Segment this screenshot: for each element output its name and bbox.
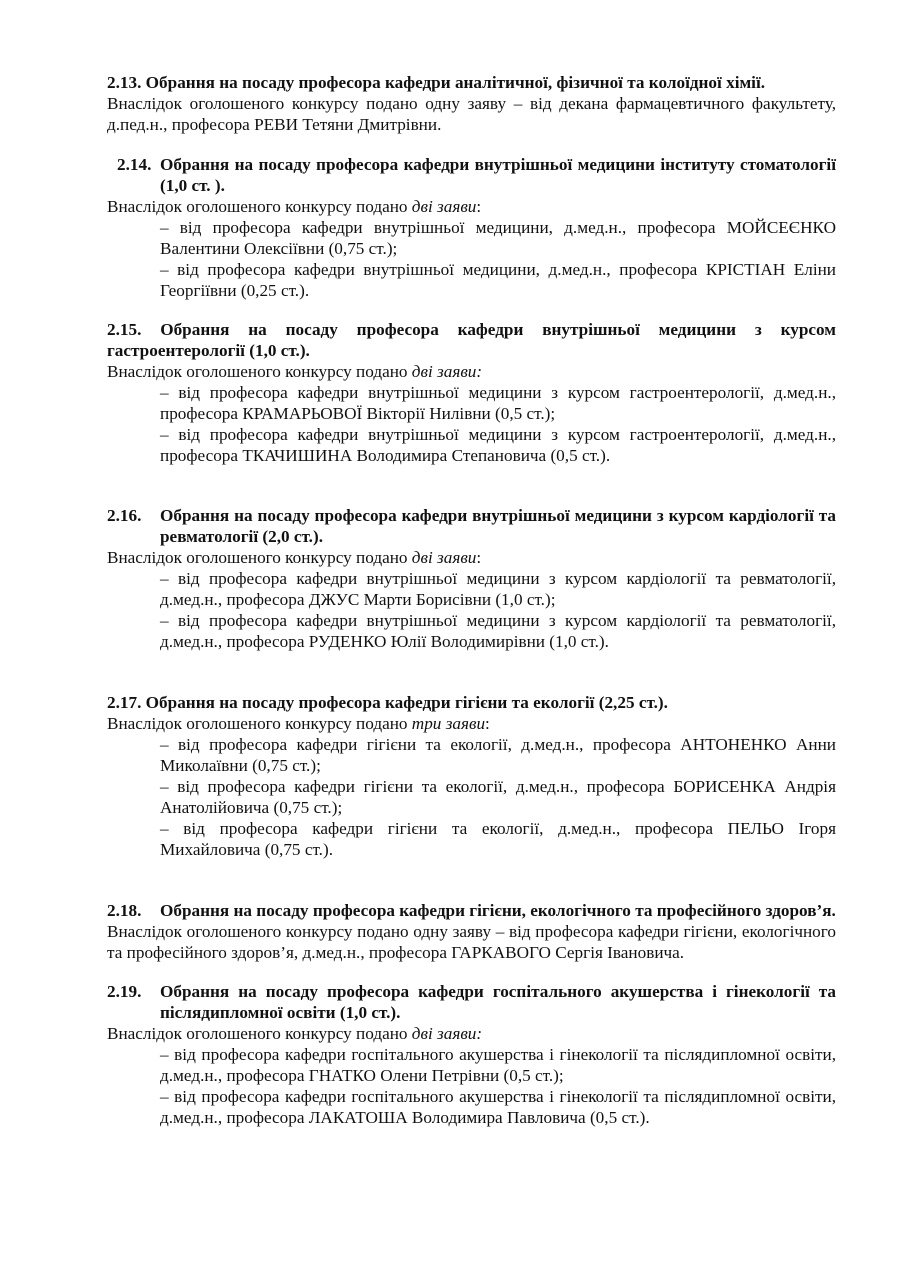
intro-emphasis: дві заяви xyxy=(412,548,477,567)
intro-text: Внаслідок оголошеного конкурсу подано xyxy=(107,714,412,733)
application-list: – від професора кафедри внутрішньої меди… xyxy=(107,217,836,301)
section-number: 2.14. xyxy=(117,154,151,175)
section-number: 2.17. xyxy=(107,692,141,713)
application-item: – від професора кафедри внутрішньої меди… xyxy=(160,217,836,259)
application-list: – від професора кафедри гігієни та еколо… xyxy=(107,734,836,860)
section-heading: 2.18.Обрання на посаду професора кафедри… xyxy=(107,900,836,921)
section-title: Обрання на посаду професора кафедри внут… xyxy=(160,155,836,195)
application-list: – від професора кафедри внутрішньої меди… xyxy=(107,382,836,466)
section-intro: Внаслідок оголошеного конкурсу подано дв… xyxy=(107,547,836,568)
section-heading: 2.19.Обрання на посаду професора кафедри… xyxy=(107,981,836,1023)
section-intro: Внаслідок оголошеного конкурсу подано дв… xyxy=(107,196,836,217)
section-number: 2.13. xyxy=(107,72,141,93)
application-item: – від професора кафедри госпітального ак… xyxy=(160,1044,836,1086)
section-heading: 2.17. Обрання на посаду професора кафедр… xyxy=(107,692,836,713)
section-heading: 2.14.Обрання на посаду професора кафедри… xyxy=(107,154,836,196)
intro-text: Внаслідок оголошеного конкурсу подано xyxy=(107,548,412,567)
intro-emphasis: три заяви xyxy=(412,714,485,733)
section-heading: 2.15. Обрання на посаду професора кафедр… xyxy=(107,319,836,361)
section-title: Обрання на посаду професора кафедри внут… xyxy=(160,506,836,546)
section-number: 2.18. xyxy=(107,900,141,921)
section-body: Внаслідок оголошеного конкурсу подано од… xyxy=(107,93,836,135)
section-number: 2.15. xyxy=(107,319,141,340)
application-item: – від професора кафедри внутрішньої меди… xyxy=(160,424,836,466)
section-number: 2.19. xyxy=(107,981,141,1002)
intro-text: Внаслідок оголошеного конкурсу подано xyxy=(107,197,412,216)
section-title: Обрання на посаду професора кафедри гігі… xyxy=(160,901,836,920)
section-2-18: 2.18.Обрання на посаду професора кафедри… xyxy=(107,900,836,963)
section-2-14: 2.14.Обрання на посаду професора кафедри… xyxy=(107,154,836,301)
intro-text: Внаслідок оголошеного конкурсу подано xyxy=(107,1024,412,1043)
intro-emphasis: дві заяви: xyxy=(412,362,482,381)
section-title: Обрання на посаду професора кафедри анал… xyxy=(146,73,765,92)
application-item: – від професора кафедри внутрішньої меди… xyxy=(160,610,836,652)
section-heading: 2.16.Обрання на посаду професора кафедри… xyxy=(107,505,836,547)
section-intro: Внаслідок оголошеного конкурсу подано тр… xyxy=(107,713,836,734)
section-title: Обрання на посаду професора кафедри внут… xyxy=(107,320,836,360)
intro-emphasis: дві заяви xyxy=(412,197,477,216)
section-2-16: 2.16.Обрання на посаду професора кафедри… xyxy=(107,505,836,652)
intro-emphasis: дві заяви: xyxy=(412,1024,482,1043)
application-item: – від професора кафедри внутрішньої меди… xyxy=(160,568,836,610)
application-item: – від професора кафедри гігієни та еколо… xyxy=(160,734,836,776)
section-2-13: 2.13. Обрання на посаду професора кафедр… xyxy=(107,72,836,135)
document-page: 2.13. Обрання на посаду професора кафедр… xyxy=(107,72,836,1128)
section-title: Обрання на посаду професора кафедри гігі… xyxy=(146,693,668,712)
application-item: – від професора кафедри внутрішньої меди… xyxy=(160,382,836,424)
section-2-15: 2.15. Обрання на посаду професора кафедр… xyxy=(107,319,836,466)
section-title: Обрання на посаду професора кафедри госп… xyxy=(160,982,836,1022)
section-body: Внаслідок оголошеного конкурсу подано од… xyxy=(107,921,836,963)
section-intro: Внаслідок оголошеного конкурсу подано дв… xyxy=(107,361,836,382)
application-item: – від професора кафедри госпітального ак… xyxy=(160,1086,836,1128)
intro-suffix: : xyxy=(476,197,481,216)
section-intro: Внаслідок оголошеного конкурсу подано дв… xyxy=(107,1023,836,1044)
section-2-19: 2.19.Обрання на посаду професора кафедри… xyxy=(107,981,836,1128)
application-list: – від професора кафедри госпітального ак… xyxy=(107,1044,836,1128)
application-list: – від професора кафедри внутрішньої меди… xyxy=(107,568,836,652)
intro-text: Внаслідок оголошеного конкурсу подано xyxy=(107,362,412,381)
intro-suffix: : xyxy=(476,548,481,567)
intro-suffix: : xyxy=(485,714,490,733)
section-heading: 2.13. Обрання на посаду професора кафедр… xyxy=(107,72,836,93)
application-item: – від професора кафедри гігієни та еколо… xyxy=(160,818,836,860)
application-item: – від професора кафедри внутрішньої меди… xyxy=(160,259,836,301)
section-number: 2.16. xyxy=(107,505,141,526)
application-item: – від професора кафедри гігієни та еколо… xyxy=(160,776,836,818)
section-2-17: 2.17. Обрання на посаду професора кафедр… xyxy=(107,692,836,860)
